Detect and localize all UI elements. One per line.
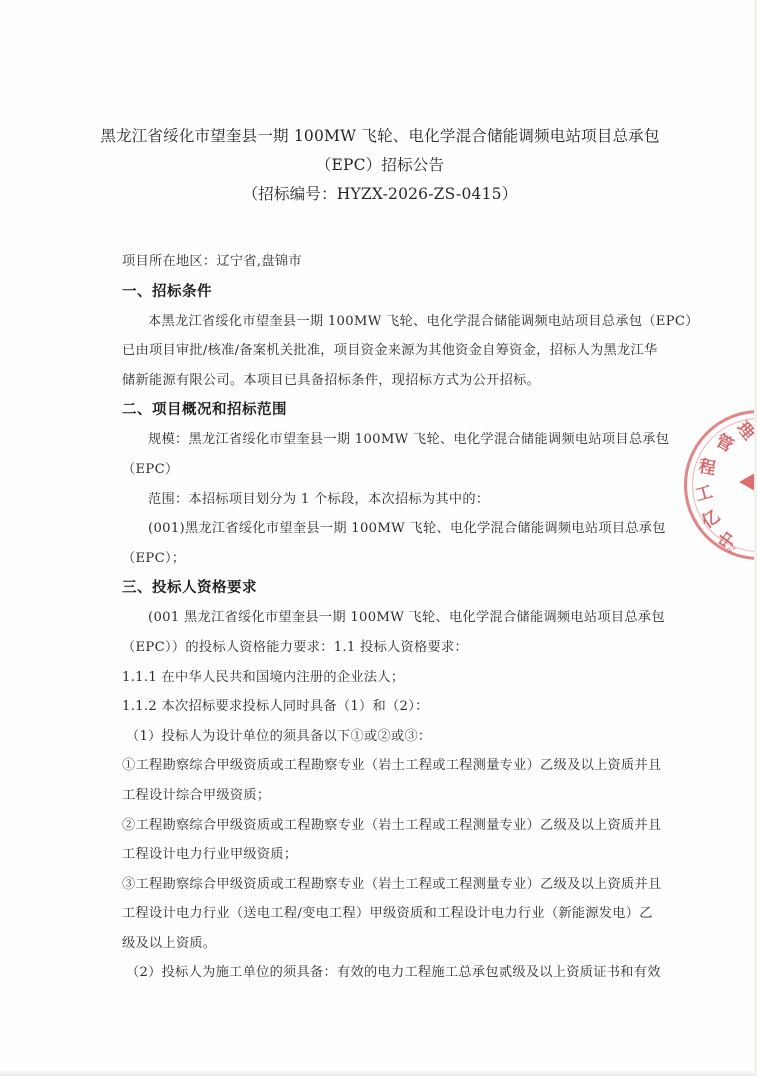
paragraph-line: 已由项目审批/核准/备案机关批准，项目资金来源为其他资金自筹资金，招标人为黑龙江…	[122, 336, 634, 366]
paragraph-line: 范围：本招标项目划分为 1 个标段，本次招标为其中的：	[122, 485, 634, 515]
paragraph-line: 储新能源有限公司。本项目已具备招标条件，现招标方式为公开招标。	[122, 366, 634, 396]
paragraph-line: (001 黑龙江省绥化市望奎县一期 100MW 飞轮、电化学混合储能调频电站项目…	[122, 603, 634, 633]
company-seal-stamp: 理 管 程 工 亿 中 21	[684, 410, 757, 560]
paragraph-line: ①工程勘察综合甲级资质或工程勘察专业（岩土工程或工程测量专业）乙级及以上资质并且	[122, 751, 634, 781]
document-page: 黑龙江省绥化市望奎县一期 100MW 飞轮、电化学混合储能调频电站项目总承包 （…	[0, 0, 757, 1076]
paragraph-line: 1.1.1 在中华人民共和国境内注册的企业法人；	[122, 663, 634, 693]
paragraph-line: （EPC）	[122, 455, 634, 485]
paragraph-line: 本黑龙江省绥化市望奎县一期 100MW 飞轮、电化学混合储能调频电站项目总承包（…	[122, 307, 634, 337]
paragraph-line: 级及以上资质。	[122, 929, 634, 959]
title-line-1: 黑龙江省绥化市望奎县一期 100MW 飞轮、电化学混合储能调频电站项目总承包	[100, 122, 660, 151]
paragraph-line: （2）投标人为施工单位的须具备：有效的电力工程施工总承包贰级及以上资质证书和有效	[122, 958, 634, 988]
paragraph-line: ③工程勘察综合甲级资质或工程勘察专业（岩土工程或工程测量专业）乙级及以上资质并且	[122, 870, 634, 900]
paragraph-line: 工程设计综合甲级资质；	[122, 781, 634, 811]
title-line-2: （EPC）招标公告	[100, 151, 660, 180]
document-title: 黑龙江省绥化市望奎县一期 100MW 飞轮、电化学混合储能调频电站项目总承包 （…	[100, 122, 660, 209]
paragraph-line: 规模：黑龙江省绥化市望奎县一期 100MW 飞轮、电化学混合储能调频电站项目总承…	[122, 425, 634, 455]
paragraph-line: （EPC）；	[122, 544, 634, 574]
tender-number: （招标编号：HYZX-2026-ZS-0415）	[100, 180, 660, 209]
scan-bottom-edge	[0, 1071, 757, 1076]
paragraph-line: ②工程勘察综合甲级资质或工程勘察专业（岩土工程或工程测量专业）乙级及以上资质并且	[122, 811, 634, 841]
project-location: 项目所在地区：辽宁省,盘锦市	[122, 247, 634, 277]
section-heading-tender-conditions: 一、招标条件	[122, 277, 634, 307]
paragraph-line: 1.1.2 本次招标要求投标人同时具备（1）和（2）：	[122, 692, 634, 722]
section-heading-project-overview: 二、项目概况和招标范围	[122, 395, 634, 425]
paragraph-line: 工程设计电力行业（送电工程/变电工程）甲级资质和工程设计电力行业（新能源发电）乙	[122, 899, 634, 929]
paragraph-line: （1）投标人为设计单位的须具备以下①或②或③：	[122, 722, 634, 752]
paragraph-line: 工程设计电力行业甲级资质；	[122, 840, 634, 870]
paragraph-line: （EPC））的投标人资格能力要求：1.1 投标人资格要求：	[122, 633, 634, 663]
document-body: 项目所在地区：辽宁省,盘锦市 一、招标条件 本黑龙江省绥化市望奎县一期 100M…	[122, 247, 634, 988]
section-heading-bidder-qualifications: 三、投标人资格要求	[122, 573, 634, 603]
paragraph-line: (001)黑龙江省绥化市望奎县一期 100MW 飞轮、电化学混合储能调频电站项目…	[122, 514, 634, 544]
seal-star-icon	[739, 473, 755, 491]
